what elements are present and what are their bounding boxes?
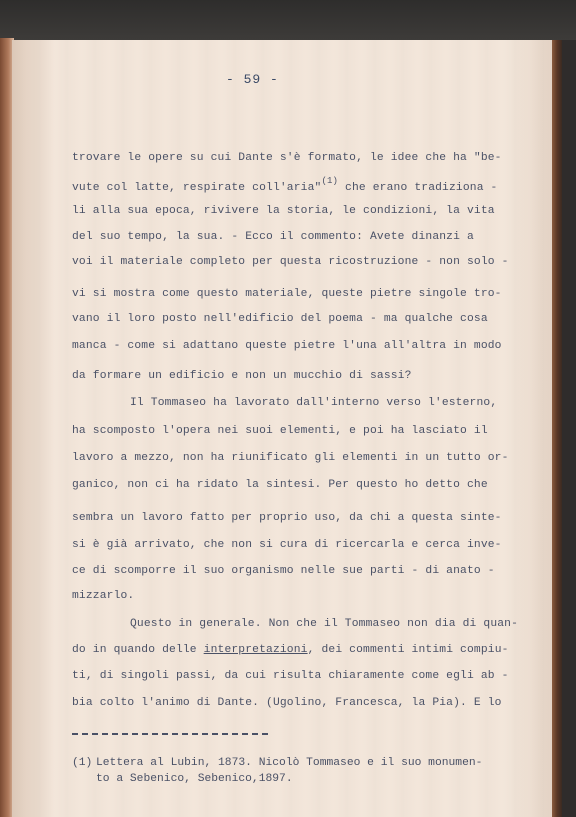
text-line: ha scomposto l'opera nei suoi elementi, …: [72, 425, 488, 437]
footnote-reference: (1): [321, 176, 338, 186]
text-line: mizzarlo.: [72, 590, 134, 602]
text-line: si è già arrivato, che non si cura di ri…: [72, 539, 502, 551]
text-line: ce di scomporre il suo organismo nelle s…: [72, 565, 495, 577]
scanner-background: [0, 0, 576, 40]
text-line: trovare le opere su cui Dante s'è format…: [72, 152, 502, 164]
text-line: sembra un lavoro fatto per proprio uso, …: [72, 512, 502, 524]
text-line: ti, di singoli passi, da cui risulta chi…: [72, 670, 509, 682]
text-line: voi il materiale completo per questa ric…: [72, 256, 509, 268]
underlined-term: interpretazioni: [204, 644, 308, 656]
text-line: vute col latte, respirate coll'aria"(1) …: [72, 176, 497, 194]
paragraph-start-line: Questo in generale. Non che il Tommaseo …: [72, 618, 518, 630]
text-line: bia colto l'animo di Dante. (Ugolino, Fr…: [72, 697, 502, 709]
paragraph-start-line: Il Tommaseo ha lavorato dall'interno ver…: [72, 397, 497, 409]
text-line: vano il loro posto nell'edificio del poe…: [72, 313, 488, 325]
text-line: lavoro a mezzo, non ha riunificato gli e…: [72, 452, 509, 464]
text-line: do in quando delle interpretazioni, dei …: [72, 644, 509, 656]
text-line: li alla sua epoca, rivivere la storia, l…: [72, 205, 495, 217]
text-line: vi si mostra come questo materiale, ques…: [72, 288, 502, 300]
footnote-line: Lettera al Lubin, 1873. Nicolò Tommaseo …: [96, 757, 482, 769]
text-line: ganico, non ci ha ridato la sintesi. Per…: [72, 479, 488, 491]
text-line: del suo tempo, la sua. - Ecco il comment…: [72, 231, 474, 243]
footnote-separator: [72, 733, 268, 735]
page-edge-right: [552, 40, 562, 817]
page-number: - 59 -: [226, 72, 279, 87]
footnote-line: to a Sebenico, Sebenico,1897.: [96, 773, 293, 785]
text-line: manca - come si adattano queste pietre l…: [72, 340, 502, 352]
footnote-marker: (1): [72, 757, 92, 769]
scanner-background-right: [562, 40, 576, 817]
text-line: da formare un edificio e non un mucchio …: [72, 370, 412, 382]
